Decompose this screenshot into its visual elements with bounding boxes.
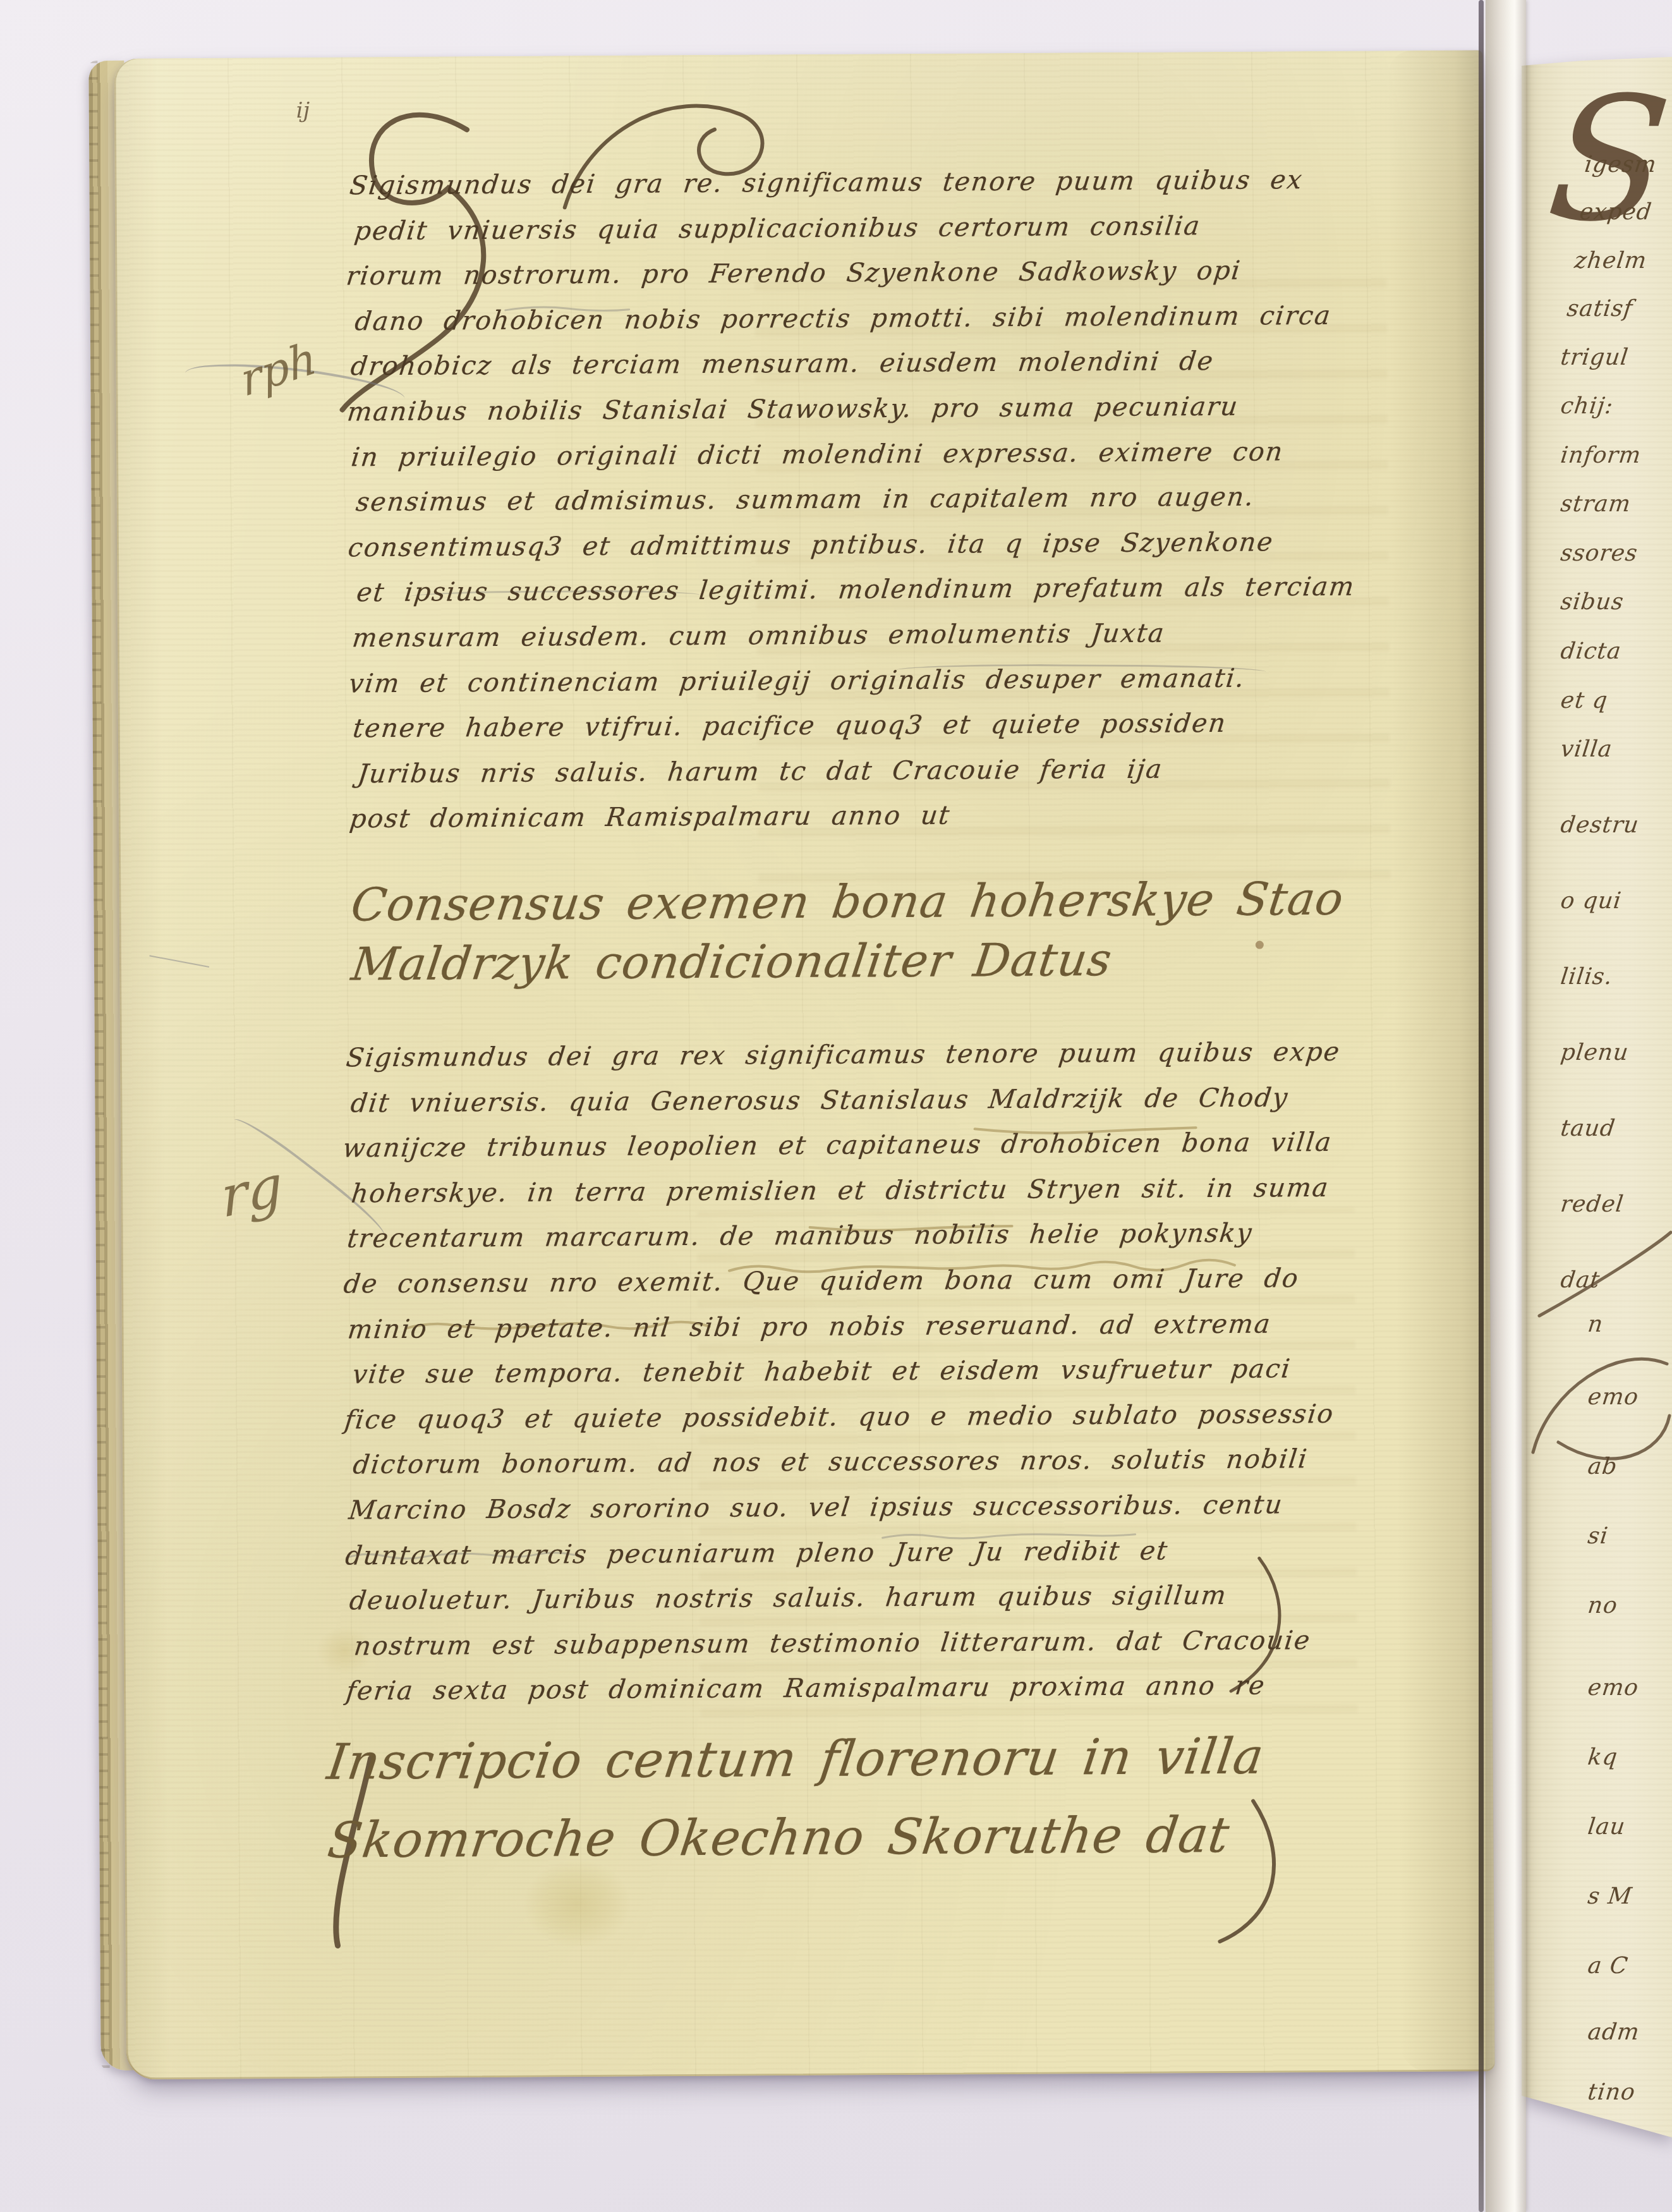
text-fragment: sibus [1559,589,1625,615]
text-fragment: dicta [1559,638,1623,664]
manuscript-line: in priuilegio originali dicti molendini … [349,428,1357,480]
text-fragment: villa [1559,736,1613,762]
manuscript-line: tenere habere vtifrui. pacifice quoq3 et… [351,700,1359,751]
text-fragment: no [1586,1593,1619,1619]
text-fragment: si [1586,1523,1609,1549]
manuscript-line: manibus nobilis Stanislai Stawowsky. pro… [345,384,1357,435]
margin-mark-2: rg [219,1152,284,1231]
text-fragment: inform [1559,442,1642,468]
manuscript-line: vite sue tempora. tenebit habebit et eis… [350,1346,1345,1397]
manuscript-line: post dominicam Ramispalmaru anno ut [347,791,1359,842]
heading-consensus: Consensus exemen bona hoherskye Stao Mal… [351,869,1344,994]
book-scan: ij rph rg Sigismundus dei gra re. signif… [0,0,1672,2212]
text-fragment: trigul [1559,344,1630,370]
text-fragment: lau [1586,1814,1627,1840]
right-page-surface: S igesmexpedzhelmsatisftrigulchij:inform… [1522,0,1672,2212]
paragraph-consensus-molendini: Sigismundus dei gra re. significamus ten… [349,157,1356,842]
text-fragment: ab [1586,1454,1619,1480]
manuscript-line: Sigismundus dei gra re. significamus ten… [347,157,1355,209]
manuscript-line: riorum nostrorum. pro Ferendo Szyenkone … [344,248,1355,299]
text-fragment: taud [1559,1115,1616,1141]
pencil-stroke [148,955,209,973]
text-fragment: a C [1586,1953,1629,1979]
text-fragment: n [1586,1311,1604,1337]
manuscript-line: fice quoq3 et quiete possidebit. quo e m… [342,1392,1345,1443]
manuscript-line: minio et ppetate. nil sibi pro nobis res… [345,1301,1344,1352]
text-fragment: igesm [1583,152,1658,178]
text-fragment: exped [1578,199,1653,225]
manuscript-line: mensuram eiusdem. cum omnibus emolumenti… [350,610,1358,661]
text-fragment: dat [1559,1267,1601,1293]
manuscript-line: drohobicz als terciam mensuram. eiusdem … [348,338,1356,389]
page-holder-strip [1486,0,1526,2212]
heading-line: Skomroche Okechno Skoruthe dat [323,1796,1269,1880]
manuscript-line: hoherskye. in terra premislien et distri… [349,1165,1343,1217]
paragraph-consensus-eximendi: Sigismundus dei gra rex significamus ten… [346,1030,1345,1714]
text-fragment: s M [1586,1883,1633,1909]
manuscript-line: Sigismundus dei gra rex significamus ten… [344,1030,1343,1081]
text-fragment: o qui [1559,888,1623,914]
heading-inscripcio: Inscripcio centum florenoru in villa Sko… [327,1718,1264,1880]
text-fragment: destru [1559,812,1640,838]
manuscript-line: consentimusq3 et admittimus pntibus. ita… [346,519,1357,570]
text-fragment: kq [1586,1744,1619,1770]
manuscript-line: wanijcze tribunus leopolien et capitaneu… [341,1120,1343,1171]
manuscript-line: sensimus et admisimus. summam in capital… [353,474,1357,525]
text-fragment: zhelm [1573,248,1648,274]
text-fragment: adm [1586,2019,1641,2045]
manuscript-line: deuoluetur. Juribus nostris saluis. haru… [347,1572,1346,1624]
manuscript-line: pedit vniuersis quia supplicacionibus ce… [352,202,1355,253]
manuscript-line: nostrum est subappensum testimonio litte… [351,1617,1346,1668]
heading-line: Inscripcio centum florenoru in villa [322,1718,1268,1802]
text-fragment: stram [1559,491,1632,517]
flourish-mark: ij [296,98,310,123]
text-fragment: et q [1559,688,1609,714]
manuscript-line: dano drohobicen nobis porrectis pmotti. … [353,293,1356,344]
text-fragment: tino [1586,2079,1637,2105]
manuscript-line: de consensu nro exemit. Que quidem bona … [341,1256,1344,1307]
gutter-crack [1479,0,1484,2212]
manuscript-line: duntaxat marcis pecuniarum pleno Jure Ju… [343,1527,1346,1578]
text-fragment: ssores [1559,540,1639,566]
text-fragment: plenu [1559,1040,1630,1066]
text-fragment: redel [1559,1191,1625,1217]
text-fragment: chij: [1559,393,1614,419]
heading-line: Consensus exemen bona hoherskye Stao [348,869,1347,935]
margin-mark-1: rph [237,331,320,407]
text-fragment: emo [1586,1384,1640,1410]
manuscript-line: Marcino Bosdz sororino suo. vel ipsius s… [346,1482,1345,1533]
manuscript-line: dictorum bonorum. ad nos et successores … [351,1437,1345,1488]
manuscript-line: dit vniuersis. quia Generosus Stanislaus… [348,1074,1343,1126]
text-fragment: satisf [1565,296,1634,322]
manuscript-line: trecentarum marcarum. de manibus nobilis… [344,1210,1343,1261]
manuscript-line: feria sexta post dominicam Ramispalmaru … [344,1663,1347,1714]
manuscript-left-page: ij rph rg Sigismundus dei gra re. signif… [114,50,1494,2079]
right-page-text-fragments: igesmexpedzhelmsatisftrigulchij:informst… [1522,0,1672,2212]
text-fragment: emo [1586,1675,1640,1701]
manuscript-line: vim et continenciam priuilegij originali… [346,655,1358,706]
manuscript-line: Juribus nris saluis. harum tc dat Cracou… [355,745,1359,796]
heading-line: Maldrzyk condicionaliter Datus [348,928,1348,994]
manuscript-right-page: S igesmexpedzhelmsatisftrigulchij:inform… [1522,0,1672,2212]
manuscript-line: et ipsius successores legitimi. molendin… [354,564,1357,616]
text-fragment: lilis. [1559,964,1614,990]
